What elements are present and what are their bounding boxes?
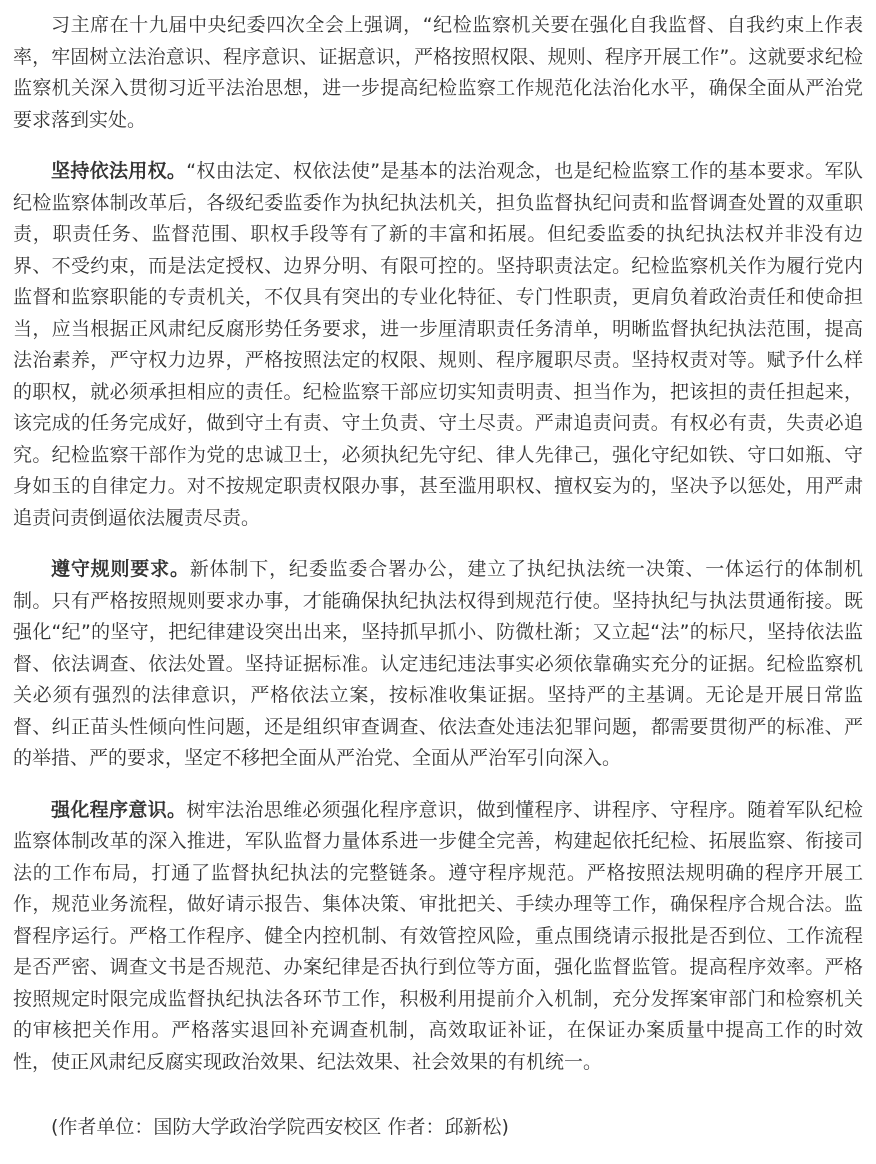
paragraph-lawful-power-lead: 坚持依法用权。 bbox=[51, 160, 186, 182]
paragraph-follow-rules-text: 新体制下，纪委监委合署办公，建立了执纪执法统一决策、一体运行的体制机制。只有严格… bbox=[13, 558, 863, 769]
author-footer: (作者单位：国防大学政治学院西安校区 作者：邱新松) bbox=[13, 1112, 863, 1144]
paragraph-lawful-power: 坚持依法用权。“权由法定、权依法使”是基本的法治观念，也是纪检监察工作的基本要求… bbox=[13, 156, 863, 534]
paragraph-lawful-power-text: “权由法定、权依法使”是基本的法治观念，也是纪检监察工作的基本要求。军队纪检监察… bbox=[13, 160, 863, 529]
paragraph-procedure-awareness-lead: 强化程序意识。 bbox=[51, 799, 186, 821]
paragraph-intro-text: 习主席在十九届中央纪委四次全会上强调，“纪检监察机关要在强化自我监督、自我约束上… bbox=[13, 14, 863, 131]
paragraph-follow-rules: 遵守规则要求。新体制下，纪委监委合署办公，建立了执纪执法统一决策、一体运行的体制… bbox=[13, 554, 863, 775]
paragraph-follow-rules-lead: 遵守规则要求。 bbox=[51, 558, 190, 580]
paragraph-intro: 习主席在十九届中央纪委四次全会上强调，“纪检监察机关要在强化自我监督、自我约束上… bbox=[13, 10, 863, 136]
paragraph-procedure-awareness: 强化程序意识。树牢法治思维必须强化程序意识，做到懂程序、讲程序、守程序。随着军队… bbox=[13, 795, 863, 1079]
article-body: 习主席在十九届中央纪委四次全会上强调，“纪检监察机关要在强化自我监督、自我约束上… bbox=[0, 0, 876, 1164]
paragraph-procedure-awareness-text: 树牢法治思维必须强化程序意识，做到懂程序、讲程序、守程序。随着军队纪检监察体制改… bbox=[13, 799, 863, 1073]
